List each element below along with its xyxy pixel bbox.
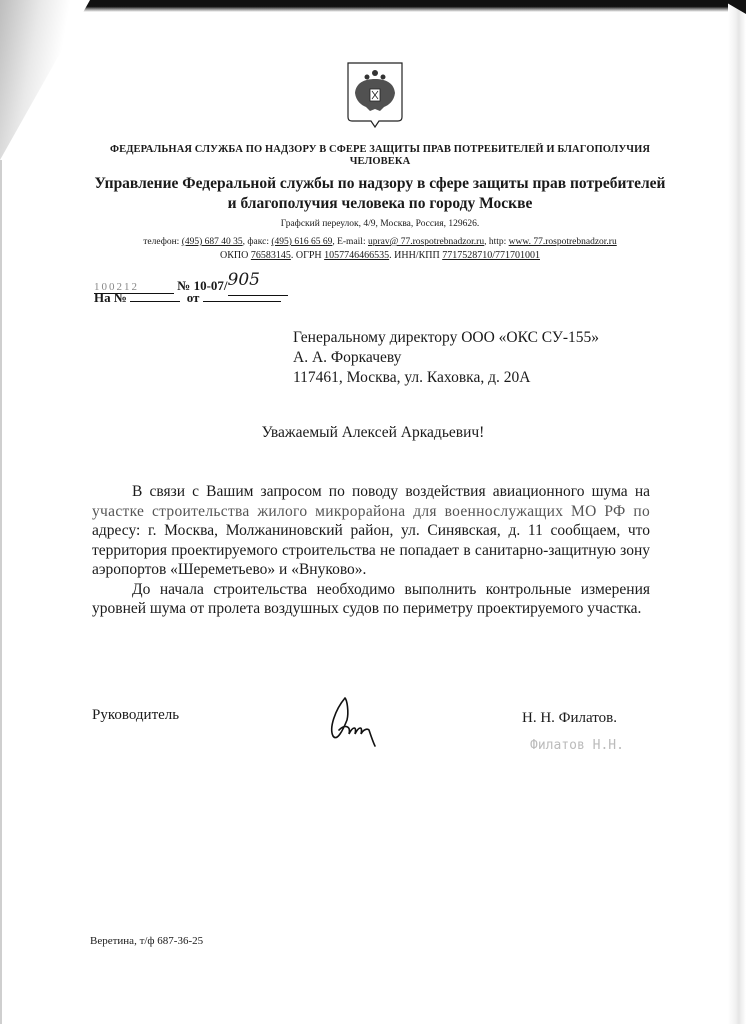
organization-address: Графский переулок, 4/9, Москва, Россия, … [80,218,680,230]
body-p1-end: адресу: г. Москва, Молжаниновский район,… [92,522,650,578]
fax-value: (495) 616 65 69 [271,237,332,247]
department-line-2: и благополучия человека по городу Москве [80,194,680,214]
inn-kpp-value: 7717528710/771701001 [442,250,540,261]
okpo-label: ОКПО [220,250,248,261]
body-p1-faded: участке строительства жилого микрорайона… [92,503,650,520]
faint-name-stamp: Филатов Н.Н. [530,738,624,753]
phone-label: телефон: [143,237,179,247]
okpo-value: 76583145 [251,250,291,261]
letter-page: ФЕДЕРАЛЬНАЯ СЛУЖБА ПО НАДЗОРУ В СФЕРЕ ЗА… [0,0,746,1024]
email-link[interactable]: uprav@ 77.rospotrebnadzor.ru [368,237,484,247]
reply-label: На № [94,290,127,305]
letter-body: В связи с Вашим запросом по поводу возде… [92,482,650,619]
body-paragraph-1: В связи с Вашим запросом по поводу возде… [92,482,650,580]
department-name: Управление Федеральной службы по надзору… [80,174,680,214]
phone-value: (495) 687 40 35 [182,237,243,247]
salutation: Уважаемый Алексей Аркадьевич! [0,424,746,442]
federal-service-name: ФЕДЕРАЛЬНАЯ СЛУЖБА ПО НАДЗОРУ В СФЕРЕ ЗА… [100,144,660,168]
body-paragraph-2: До начала строительства необходимо выпол… [92,580,650,619]
email-label: , E-mail: [332,237,365,247]
recipient-position: Генеральному директору ООО «ОКС СУ-155» [293,328,599,348]
body-p1-start: В связи с Вашим запросом по поводу возде… [132,483,650,500]
coat-of-arms-icon [346,61,404,131]
reply-number-blank [130,301,180,302]
executor-contact: Веретина, т/ф 687-36-25 [90,935,203,947]
handwritten-number: 905 [228,270,260,290]
recipient-address: 117461, Москва, ул. Каховка, д. 20А [293,368,599,388]
ogrn-value: 1057746466535 [324,250,389,261]
recipient-block: Генеральному директору ООО «ОКС СУ-155» … [293,328,599,388]
signatory-title: Руководитель [92,707,179,724]
http-label: , http: [484,237,506,247]
ogrn-label: . ОГРН [291,250,322,261]
signatory-name: Н. Н. Филатов. [522,710,617,727]
reply-reference-row: На № от [94,290,281,306]
department-line-1: Управление Федеральной службы по надзору… [80,174,680,194]
website-link[interactable]: www. 77.rospotrebnadzor.ru [509,237,617,247]
organization-ids: ОКПО 76583145. ОГРН 1057746466535. ИНН/К… [80,250,680,262]
handwritten-signature [325,690,380,750]
recipient-name: А. А. Форкачеву [293,348,599,368]
reply-date-blank [203,301,281,302]
from-label: от [187,290,200,305]
inn-label: . ИНН/КПП [389,250,440,261]
organization-contacts: телефон: (495) 687 40 35, факс: (495) 61… [60,236,700,248]
fax-label: , факс: [243,237,269,247]
